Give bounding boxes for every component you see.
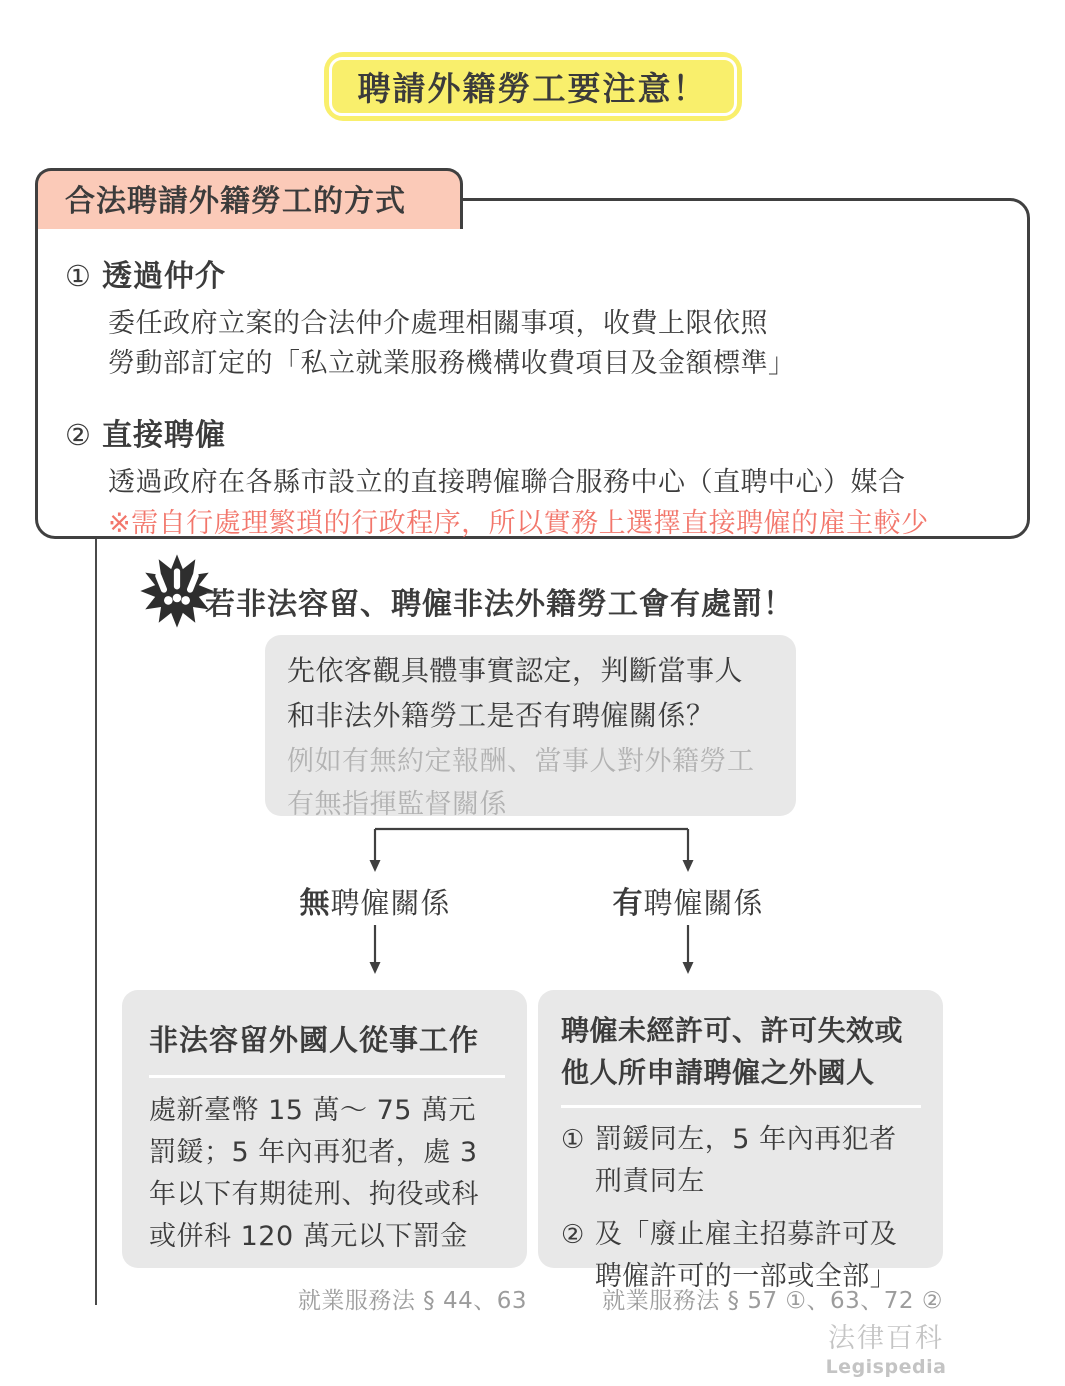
page-title: 聘請外籍勞工要注意！ bbox=[329, 57, 737, 116]
law-citation-right: 就業服務法 § 57 ①、63、72 ② bbox=[538, 1282, 943, 1315]
brand-name: 法律百科 bbox=[820, 1316, 952, 1355]
legal-item-direct-hire: ② 直接聘僱 透過政府在各縣市設立的直接聘僱聯合服務中心（直聘中心）媒合 ※需自… bbox=[65, 410, 1007, 544]
outcome-title: 非法容留外國人從事工作 bbox=[149, 1018, 527, 1059]
outcome-item: ① 罰鍰同左，5 年內再犯者 刑責同左 bbox=[561, 1119, 943, 1203]
brand-subtitle: Legispedia bbox=[820, 1356, 952, 1378]
branch-emphasis: 無 bbox=[299, 886, 330, 921]
outcome-box-harboring: 非法容留外國人從事工作 處新臺幣 15 萬～ 75 萬元 罰鍰；5 年內再犯者，… bbox=[122, 990, 527, 1268]
question-box: 先依客觀具體事實認定，判斷當事人 和非法外籍勞工是否有聘僱關係？ 例如有無約定報… bbox=[265, 635, 796, 816]
outcome-box-illegal-hiring: 聘僱未經許可、許可失效或 他人所申請聘僱之外國人 ① 罰鍰同左，5 年內再犯者 … bbox=[538, 990, 943, 1268]
law-citation-left: 就業服務法 § 44、63 bbox=[122, 1282, 527, 1315]
divider bbox=[149, 1075, 505, 1078]
legal-section-box: ① 透過仲介 委任政府立案的合法仲介處理相關事項，收費上限依照 勞動部訂定的「私… bbox=[35, 198, 1030, 539]
legal-item-body: 透過政府在各縣市設立的直接聘僱聯合服務中心（直聘中心）媒合 bbox=[108, 463, 1007, 503]
infographic-canvas: 聘請外籍勞工要注意！ 合法聘請外籍勞工的方式 ① 透過仲介 委任政府立案的合法仲… bbox=[0, 0, 1065, 1386]
outcome-body: 處新臺幣 15 萬～ 75 萬元 罰鍰；5 年內再犯者，處 3 年以下有期徒刑、… bbox=[149, 1090, 527, 1258]
circled-number-1: ① bbox=[561, 1119, 585, 1203]
question-text: 先依客觀具體事實認定，判斷當事人 和非法外籍勞工是否有聘僱關係？ bbox=[287, 648, 796, 738]
branch-label-has-employment: 有聘僱關係 bbox=[612, 878, 763, 922]
vertical-guide-line bbox=[95, 539, 97, 1305]
page-title-badge: 聘請外籍勞工要注意！ bbox=[324, 52, 742, 121]
circled-number-1: ① bbox=[65, 259, 91, 293]
legal-item-heading: ② 直接聘僱 bbox=[65, 410, 1007, 454]
legal-section-tab: 合法聘請外籍勞工的方式 bbox=[35, 168, 463, 229]
outcome-title: 聘僱未經許可、許可失效或 他人所申請聘僱之外國人 bbox=[561, 1010, 943, 1094]
branch-emphasis: 有 bbox=[612, 886, 643, 921]
branch-label-no-employment: 無聘僱關係 bbox=[299, 878, 450, 922]
divider bbox=[561, 1105, 921, 1108]
outcome-item-text: 罰鍰同左，5 年內再犯者 刑責同左 bbox=[595, 1119, 897, 1203]
legal-item-broker: ① 透過仲介 委任政府立案的合法仲介處理相關事項，收費上限依照 勞動部訂定的「私… bbox=[65, 251, 1007, 384]
legal-item-heading: ① 透過仲介 bbox=[65, 251, 1007, 295]
legal-item-note: ※需自行處理繁瑣的行政程序，所以實務上選擇直接聘僱的雇主較少 bbox=[108, 504, 1007, 544]
legal-item-title: 直接聘僱 bbox=[102, 410, 226, 454]
legal-section-title: 合法聘請外籍勞工的方式 bbox=[65, 176, 406, 220]
legal-item-body: 委任政府立案的合法仲介處理相關事項，收費上限依照 勞動部訂定的「私立就業服務機構… bbox=[108, 304, 1007, 384]
legal-item-title: 透過仲介 bbox=[102, 251, 226, 295]
circled-number-2: ② bbox=[65, 418, 91, 452]
warning-heading: 若非法容留、聘僱非法外籍勞工會有處罰！ bbox=[205, 579, 794, 623]
branch-rest: 聘僱關係 bbox=[643, 886, 763, 920]
branch-rest: 聘僱關係 bbox=[330, 886, 450, 920]
question-hint-text: 例如有無約定報酬、當事人對外籍勞工 有無指揮監督關係 bbox=[287, 740, 796, 826]
legispedia-logo: 法律百科 Legispedia bbox=[820, 1316, 952, 1378]
